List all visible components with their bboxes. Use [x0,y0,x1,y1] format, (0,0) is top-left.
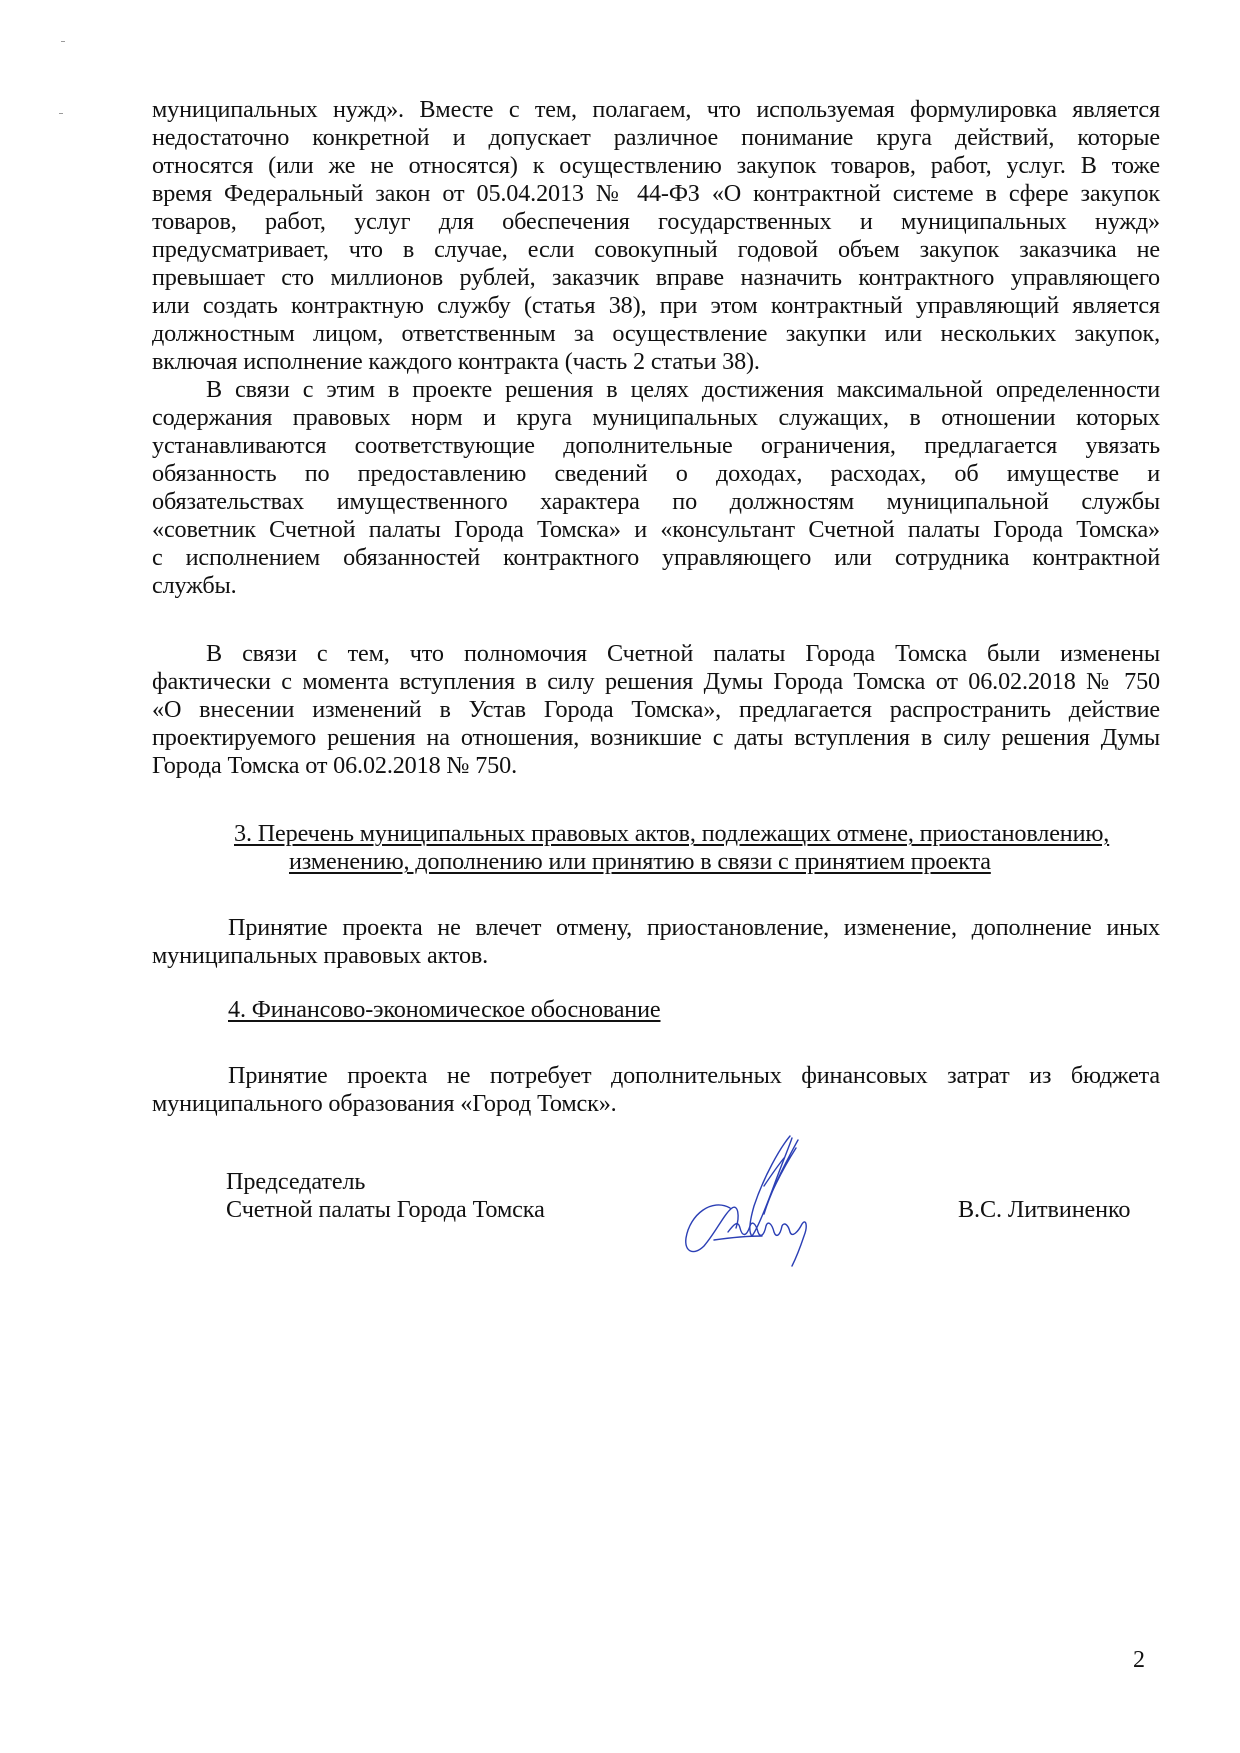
signer-organization: Счетной палаты Города Томска [226,1196,545,1224]
text-line: муниципальных правовых актов. [152,942,1160,970]
text-line: В связи с тем, что полномочия Счетной па… [206,640,1160,668]
text-line: Принятие проекта не влечет отмену, приос… [228,914,1160,942]
text-line: «советник Счетной палаты Города Томска» … [152,516,1160,544]
text-line: превышает сто миллионов рублей, заказчик… [152,264,1160,292]
text-line: Принятие проекта не потребует дополнител… [228,1062,1160,1090]
document-page: муниципальных нужд». Вместе с тем, полаг… [0,0,1240,1753]
section-heading: 4. Финансово-экономическое обоснование [228,996,661,1024]
text-line: «О внесении изменений в Устав Города Том… [152,696,1160,724]
text-line: предусматривает, что в случае, если сово… [152,236,1160,264]
signer-name: В.С. Литвиненко [958,1196,1130,1224]
text-line: Города Томска от 06.02.2018 № 750. [152,752,1160,780]
text-line: В связи с этим в проекте решения в целях… [206,376,1160,404]
text-line: содержания правовых норм и круга муницип… [152,404,1160,432]
text-line: проектируемого решения на отношения, воз… [152,724,1160,752]
scan-artifact [61,41,65,42]
text-line: недостаточно конкретной и допускает разл… [152,124,1160,152]
page-number: 2 [1133,1646,1145,1674]
handwritten-signature [672,1128,842,1268]
section-heading: 3. Перечень муниципальных правовых актов… [234,820,1109,848]
text-line: муниципального образования «Город Томск»… [152,1090,1160,1118]
text-line: обязательствах имущественного характера … [152,488,1160,516]
section-heading: изменению, дополнению или принятию в свя… [289,848,991,876]
text-line: относятся (или же не относятся) к осущес… [152,152,1160,180]
text-line: службы. [152,572,1160,600]
text-line: фактически с момента вступления в силу р… [152,668,1160,696]
signer-position: Председатель [226,1168,365,1196]
scan-artifact [59,113,63,114]
text-line: муниципальных нужд». Вместе с тем, полаг… [152,96,1160,124]
text-line: должностным лицом, ответственным за осущ… [152,320,1160,348]
text-line: или создать контрактную службу (статья 3… [152,292,1160,320]
text-line: время Федеральный закон от 05.04.2013 № … [152,180,1160,208]
text-line: товаров, работ, услуг для обеспечения го… [152,208,1160,236]
text-line: с исполнением обязанностей контрактного … [152,544,1160,572]
text-line: включая исполнение каждого контракта (ча… [152,348,1160,376]
text-line: устанавливаются соответствующие дополнит… [152,432,1160,460]
text-line: обязанность по предоставлению сведений о… [152,460,1160,488]
